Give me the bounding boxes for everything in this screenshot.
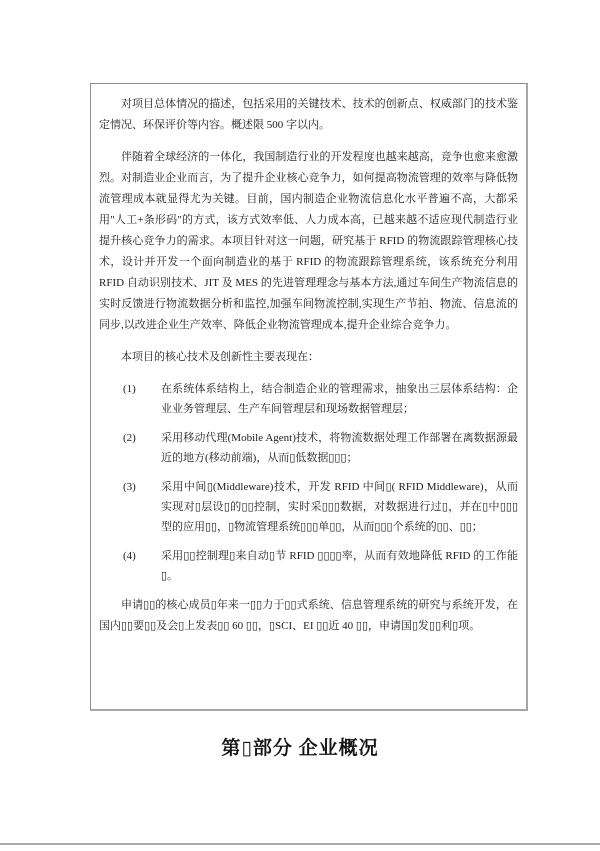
innovation-intro-text: 本项目的核心技术及创新性主要表现在： bbox=[99, 347, 518, 368]
applicant-team-paragraph: 申请▯▯的核心成员▯年来一▯▯力于▯▯式系统、信息管理系统的研究与系统开发，在国… bbox=[99, 595, 518, 637]
section-heading: 第▯部分 企业概况 bbox=[0, 733, 600, 760]
project-overview-paragraph: 伴随着全球经济的一体化，我国制造行业的开发程度也越来越高，竞争也愈来愈激烈。对制… bbox=[99, 147, 518, 336]
summary-prompt-text: 对项目总体情况的描述，包括采用的关键技术、技术的创新点、权威部门的技术鉴定情况、… bbox=[99, 94, 518, 136]
list-item-text: 采用中间▯(Middleware)技术，开发 RFID 中间▯( RFID Mi… bbox=[161, 477, 518, 537]
list-item: (3) 采用中间▯(Middleware)技术，开发 RFID 中间▯( RFI… bbox=[123, 477, 518, 537]
project-summary-box: 对项目总体情况的描述，包括采用的关键技术、技术的创新点、权威部门的技术鉴定情况、… bbox=[90, 83, 528, 711]
list-item: (4) 采用▯▯控制理▯来自动▯节 RFID ▯▯▯▯率，从而有效地降低 RFI… bbox=[123, 546, 518, 586]
innovation-list: (1) 在系统体系结构上，结合制造企业的管理需求，抽象出三层体系结构：企业业务管… bbox=[99, 379, 518, 586]
list-item: (2) 采用移动代理(Mobile Agent)技术，将物流数据处理工作部署在离… bbox=[123, 428, 518, 468]
list-item-number: (4) bbox=[123, 546, 161, 586]
list-item-text: 在系统体系结构上，结合制造企业的管理需求，抽象出三层体系结构：企业业务管理层、生… bbox=[161, 379, 518, 419]
list-item-number: (2) bbox=[123, 428, 161, 468]
list-item-text: 采用移动代理(Mobile Agent)技术，将物流数据处理工作部署在离数据源最… bbox=[161, 428, 518, 468]
list-item-number: (1) bbox=[123, 379, 161, 419]
page-edge-line bbox=[0, 843, 600, 845]
list-item-text: 采用▯▯控制理▯来自动▯节 RFID ▯▯▯▯率，从而有效地降低 RFID 的工… bbox=[161, 546, 518, 586]
list-item: (1) 在系统体系结构上，结合制造企业的管理需求，抽象出三层体系结构：企业业务管… bbox=[123, 379, 518, 419]
list-item-number: (3) bbox=[123, 477, 161, 537]
